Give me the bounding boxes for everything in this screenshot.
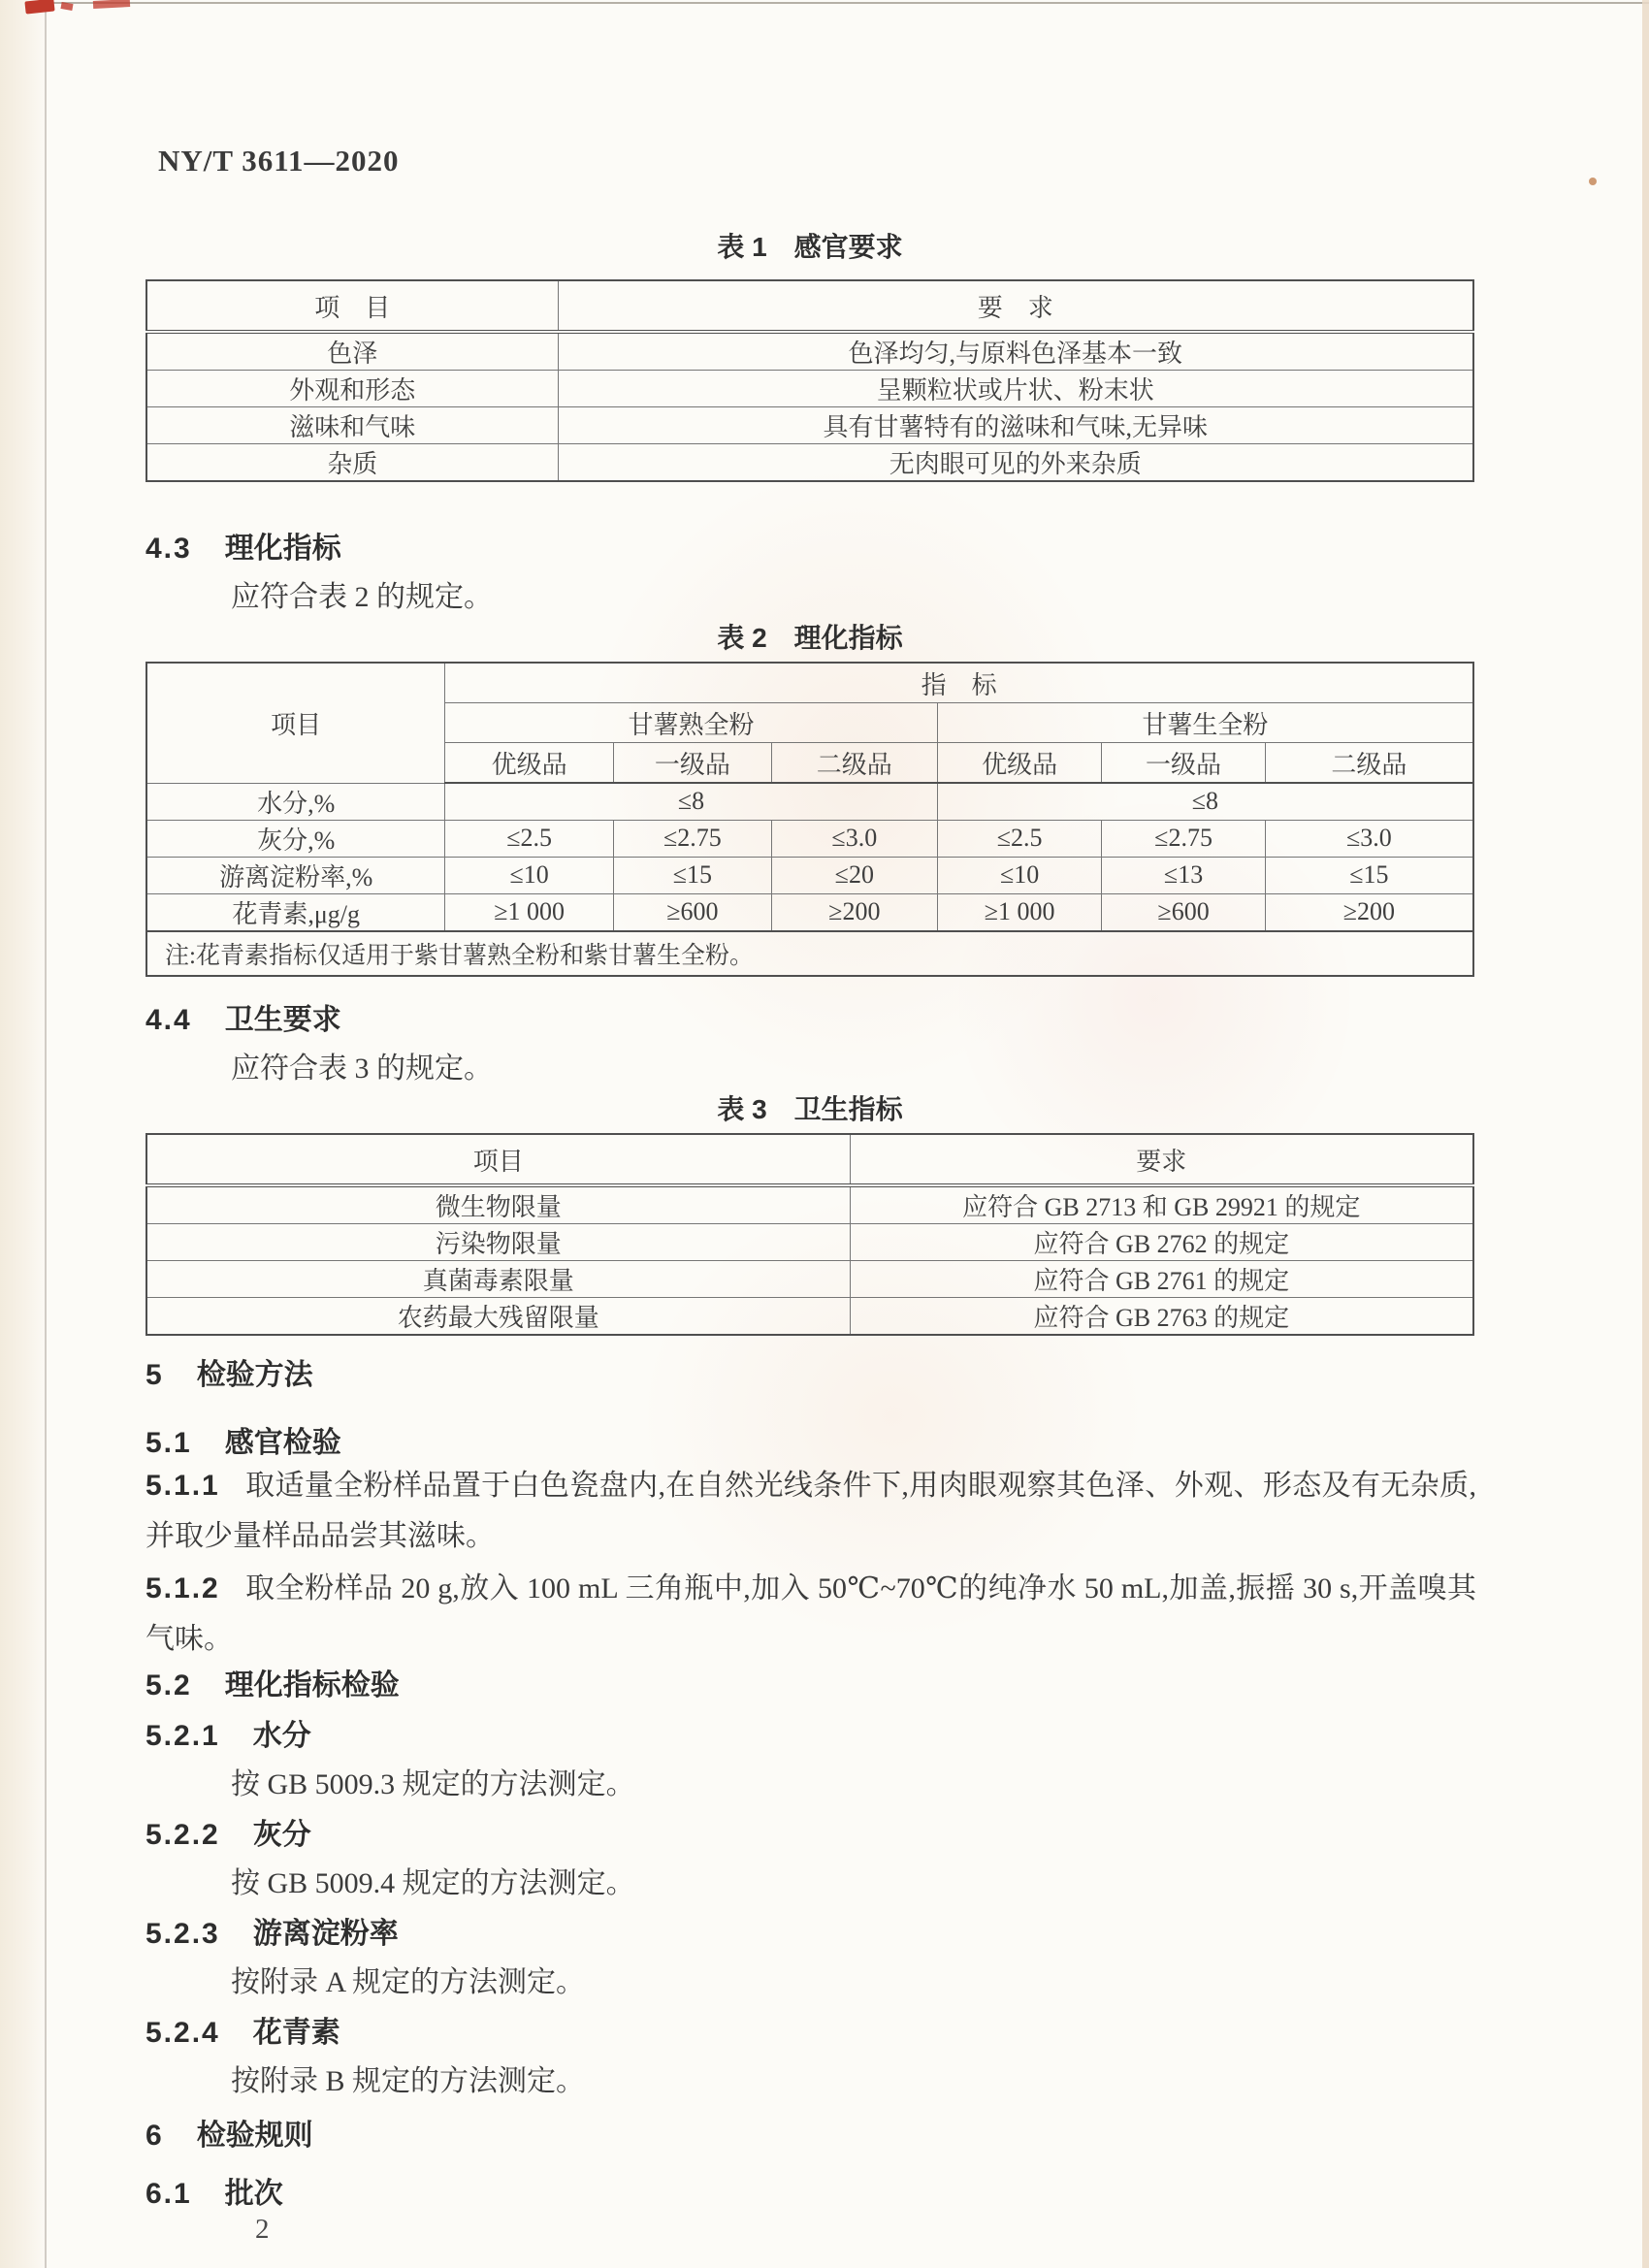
table-cell: ≤15 xyxy=(1265,857,1473,893)
table-cell: ≤2.75 xyxy=(614,820,772,857)
clause-5-2-4-heading: 5.2.4花青素 xyxy=(145,2008,340,2051)
table-cell: ≥600 xyxy=(1102,893,1265,931)
table-cell: ≤8 xyxy=(937,783,1473,820)
page-right-edge-shading xyxy=(1642,0,1649,2268)
table1-caption: 表 1 感官要求 xyxy=(145,226,1474,265)
table-row: 游离淀粉率,% ≤10 ≤15 ≤20 ≤10 ≤13 ≤15 xyxy=(146,857,1473,893)
table-cell: ≥1 000 xyxy=(937,893,1102,931)
table-cell: ≤3.0 xyxy=(771,820,937,857)
table-cell: 应符合 GB 2761 的规定 xyxy=(850,1261,1473,1298)
table-cell: ≤10 xyxy=(937,857,1102,893)
chapter-title: 检验方法 xyxy=(197,1359,313,1391)
clause-5-1-2: 5.1.2取全粉样品 20 g,放入 100 mL 三角瓶中,加入 50℃~70… xyxy=(145,1564,1476,1665)
page-left-edge-shading xyxy=(0,0,45,2268)
table-row: 水分,% ≤8 ≤8 xyxy=(146,783,1473,820)
red-ink-mark xyxy=(24,0,54,15)
table-row: 污染物限量 应符合 GB 2762 的规定 xyxy=(146,1224,1473,1261)
grade-header: 二级品 xyxy=(771,743,937,784)
section-title: 卫生要求 xyxy=(225,1004,341,1036)
table-cell: ≤8 xyxy=(445,783,938,820)
clause-body: 取适量全粉样品置于白色瓷盘内,在自然光线条件下,用肉眼观察其色泽、外观、形态及有… xyxy=(145,1470,1476,1552)
clause-5-2-4-body: 按附录 B 规定的方法测定。 xyxy=(145,2057,585,2099)
table-row: 外观和形态 呈颗粒状或片状、粉末状 xyxy=(146,371,1473,407)
section-5-2-heading: 5.2理化指标检验 xyxy=(145,1661,400,1703)
table-note-row: 注:花青素指标仅适用于紫甘薯熟全粉和紫甘薯生全粉。 xyxy=(146,931,1473,976)
table-cell: ≤15 xyxy=(614,857,772,893)
table-cell: ≤2.5 xyxy=(445,820,614,857)
section-4-4-body: 应符合表 3 的规定。 xyxy=(145,1044,493,1086)
chapter-number: 5 xyxy=(145,1359,164,1392)
clause-5-2-3-body: 按附录 A 规定的方法测定。 xyxy=(145,1958,585,2000)
table3-caption: 表 3 卫生指标 xyxy=(145,1088,1474,1127)
red-ink-mark xyxy=(93,0,130,9)
clause-title: 灰分 xyxy=(253,1819,311,1851)
table3-header-requirement: 要求 xyxy=(850,1134,1473,1185)
section-5-1-heading: 5.1感官检验 xyxy=(145,1418,341,1461)
clause-5-2-2-body: 按 GB 5009.4 规定的方法测定。 xyxy=(145,1859,635,1901)
clause-5-2-3-heading: 5.2.3游离淀粉率 xyxy=(145,1909,399,1952)
table-cell: ≤2.75 xyxy=(1102,820,1265,857)
table-cell: ≤2.5 xyxy=(937,820,1102,857)
table-cell: 真菌毒素限量 xyxy=(146,1261,850,1298)
table-cell: ≤3.0 xyxy=(1265,820,1473,857)
clause-title: 花青素 xyxy=(253,2017,340,2049)
binding-fold-line xyxy=(45,0,47,2268)
clause-number: 5.2.1 xyxy=(145,1720,220,1753)
table-row: 微生物限量 应符合 GB 2713 和 GB 29921 的规定 xyxy=(146,1185,1473,1224)
ink-speck xyxy=(1589,178,1597,185)
grade-header: 二级品 xyxy=(1265,743,1473,784)
table3-hygiene-indicators: 项目 要求 微生物限量 应符合 GB 2713 和 GB 29921 的规定 污… xyxy=(145,1133,1474,1336)
section-title: 感官检验 xyxy=(225,1427,341,1459)
table-cell: 应符合 GB 2762 的规定 xyxy=(850,1224,1473,1261)
red-ink-mark xyxy=(60,2,73,11)
table-cell: 滋味和气味 xyxy=(146,407,558,444)
table-cell: ≤20 xyxy=(771,857,937,893)
table-cell: 水分,% xyxy=(146,783,445,820)
grade-header: 优级品 xyxy=(445,743,614,784)
clause-number: 5.1.2 xyxy=(145,1564,220,1614)
clause-5-2-1-body: 按 GB 5009.3 规定的方法测定。 xyxy=(145,1760,635,1802)
table-cell: 花青素,μg/g xyxy=(146,893,445,931)
table2-note: 注:花青素指标仅适用于紫甘薯熟全粉和紫甘薯生全粉。 xyxy=(146,931,1473,976)
table3-header-item: 项目 xyxy=(146,1134,850,1185)
table2-header-indicator: 指 标 xyxy=(445,663,1473,703)
clause-body: 取全粉样品 20 g,放入 100 mL 三角瓶中,加入 50℃~70℃的纯净水… xyxy=(145,1572,1476,1655)
section-4-3-body: 应符合表 2 的规定。 xyxy=(145,572,493,615)
clause-number: 5.2.4 xyxy=(145,2017,220,2050)
table-cell: 应符合 GB 2763 的规定 xyxy=(850,1298,1473,1336)
table-cell: 无肉眼可见的外来杂质 xyxy=(558,444,1473,482)
table-cell: 污染物限量 xyxy=(146,1224,850,1261)
scanned-standard-page: NY/T 3611—2020 表 1 感官要求 项 目 要 求 色泽 色泽均匀,… xyxy=(0,0,1649,2268)
section-number: 4.4 xyxy=(145,1004,192,1037)
page-number: 2 xyxy=(255,2214,270,2246)
grade-header: 一级品 xyxy=(614,743,772,784)
table-cell: ≥200 xyxy=(771,893,937,931)
table2-physicochemical-indicators: 项目 指 标 甘薯熟全粉 甘薯生全粉 优级品 一级品 二级品 优级品 一级品 二… xyxy=(145,662,1474,977)
section-4-3-heading: 4.3理化指标 xyxy=(145,524,341,567)
table-cell: 农药最大残留限量 xyxy=(146,1298,850,1336)
table-cell: 灰分,% xyxy=(146,820,445,857)
clause-5-2-1-heading: 5.2.1水分 xyxy=(145,1711,311,1754)
table-cell: ≤13 xyxy=(1102,857,1265,893)
section-6-1-heading: 6.1批次 xyxy=(145,2169,283,2212)
grade-header: 优级品 xyxy=(937,743,1102,784)
section-number: 4.3 xyxy=(145,533,192,566)
table-cell: 色泽 xyxy=(146,332,558,371)
section-4-4-heading: 4.4卫生要求 xyxy=(145,995,341,1038)
chapter-title: 检验规则 xyxy=(197,2120,313,2152)
section-title: 批次 xyxy=(225,2178,283,2210)
table2-group-raw: 甘薯生全粉 xyxy=(937,703,1473,743)
table1-sensory-requirements: 项 目 要 求 色泽 色泽均匀,与原料色泽基本一致 外观和形态 呈颗粒状或片状、… xyxy=(145,279,1474,482)
clause-number: 5.2.3 xyxy=(145,1918,220,1951)
clause-title: 游离淀粉率 xyxy=(253,1918,399,1950)
clause-number: 5.2.2 xyxy=(145,1819,220,1852)
table-cell: ≥200 xyxy=(1265,893,1473,931)
table-cell: ≤10 xyxy=(445,857,614,893)
table-cell: 微生物限量 xyxy=(146,1185,850,1224)
clause-5-1-1: 5.1.1取适量全粉样品置于白色瓷盘内,在自然光线条件下,用肉眼观察其色泽、外观… xyxy=(145,1461,1476,1562)
table-row: 杂质 无肉眼可见的外来杂质 xyxy=(146,444,1473,482)
table-row: 色泽 色泽均匀,与原料色泽基本一致 xyxy=(146,332,1473,371)
table-row: 花青素,μg/g ≥1 000 ≥600 ≥200 ≥1 000 ≥600 ≥2… xyxy=(146,893,1473,931)
chapter-6-heading: 6检验规则 xyxy=(145,2111,313,2154)
clause-number: 5.1.1 xyxy=(145,1461,220,1511)
section-number: 5.1 xyxy=(145,1427,192,1460)
chapter-5-heading: 5检验方法 xyxy=(145,1350,313,1393)
table2-group-cooked: 甘薯熟全粉 xyxy=(445,703,938,743)
table-row: 真菌毒素限量 应符合 GB 2761 的规定 xyxy=(146,1261,1473,1298)
clause-5-2-2-heading: 5.2.2灰分 xyxy=(145,1810,311,1853)
table-cell: 呈颗粒状或片状、粉末状 xyxy=(558,371,1473,407)
table1-header-item: 项 目 xyxy=(146,280,558,332)
section-number: 5.2 xyxy=(145,1669,192,1702)
scan-top-edge-line xyxy=(50,2,1649,4)
section-title: 理化指标 xyxy=(225,533,341,565)
table-cell: 外观和形态 xyxy=(146,371,558,407)
table-cell: ≥600 xyxy=(614,893,772,931)
table1-header-requirement: 要 求 xyxy=(558,280,1473,332)
chapter-number: 6 xyxy=(145,2120,164,2153)
section-title: 理化指标检验 xyxy=(225,1669,400,1701)
table-cell: 具有甘薯特有的滋味和气味,无异味 xyxy=(558,407,1473,444)
table-row: 灰分,% ≤2.5 ≤2.75 ≤3.0 ≤2.5 ≤2.75 ≤3.0 xyxy=(146,820,1473,857)
table-cell: ≥1 000 xyxy=(445,893,614,931)
clause-title: 水分 xyxy=(253,1720,311,1752)
table-row: 农药最大残留限量 应符合 GB 2763 的规定 xyxy=(146,1298,1473,1336)
table-header-row: 项目 要求 xyxy=(146,1134,1473,1185)
grade-header: 一级品 xyxy=(1102,743,1265,784)
standard-code-header: NY/T 3611—2020 xyxy=(158,144,400,178)
table2-caption: 表 2 理化指标 xyxy=(145,617,1474,656)
table-cell: 应符合 GB 2713 和 GB 29921 的规定 xyxy=(850,1185,1473,1224)
table-header-row: 项 目 要 求 xyxy=(146,280,1473,332)
table-row: 滋味和气味 具有甘薯特有的滋味和气味,无异味 xyxy=(146,407,1473,444)
section-number: 6.1 xyxy=(145,2178,192,2211)
table-header-row: 项目 指 标 xyxy=(146,663,1473,703)
table-cell: 杂质 xyxy=(146,444,558,482)
table2-header-item: 项目 xyxy=(146,663,445,783)
table-cell: 游离淀粉率,% xyxy=(146,857,445,893)
table-cell: 色泽均匀,与原料色泽基本一致 xyxy=(558,332,1473,371)
